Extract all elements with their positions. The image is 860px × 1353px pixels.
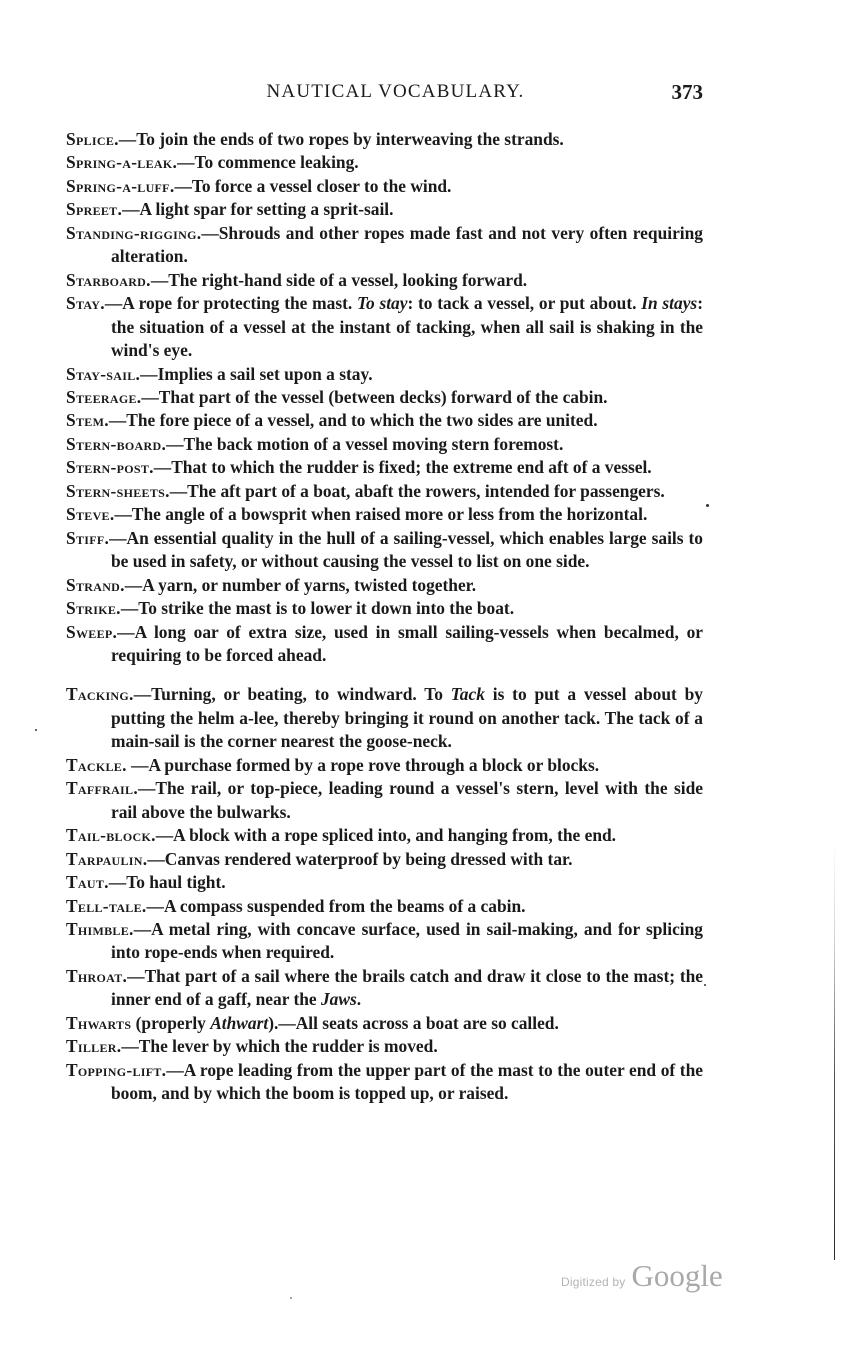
- google-logo-text: Google: [631, 1258, 722, 1293]
- scan-speck: [704, 984, 706, 986]
- headword: Sweep.: [66, 622, 117, 642]
- headword: Stiff.: [66, 528, 109, 548]
- entry-steve: Steve.—The angle of a bowsprit when rais…: [66, 503, 703, 526]
- definition: : to tack a vessel, or put about.: [407, 293, 641, 313]
- headword: Throat.: [66, 966, 127, 986]
- definition: —The fore piece of a vessel, and to whic…: [109, 410, 598, 430]
- italic-term: To stay: [357, 293, 407, 313]
- italic-term: Athwart: [210, 1013, 268, 1033]
- entry-starboard: Starboard.—The right-hand side of a vess…: [66, 269, 703, 292]
- definition: —A metal ring, with concave surface, use…: [111, 919, 703, 962]
- definition: —The angle of a bowsprit when raised mor…: [115, 504, 648, 524]
- headword: Topping-lift.: [66, 1060, 166, 1080]
- entry-taffrail: Taffrail.—The rail, or top-piece, leadin…: [66, 777, 703, 824]
- definition: —To join the ends of two ropes by interw…: [119, 129, 564, 149]
- definition: —To commence leaking.: [177, 152, 358, 172]
- entry-stem: Stem.—The fore piece of a vessel, and to…: [66, 409, 703, 432]
- definition: —That part of the vessel (between decks)…: [141, 387, 607, 407]
- headword: Stay.: [66, 293, 105, 313]
- headword: Tacking.: [66, 684, 134, 704]
- definition: —Implies a sail set upon a stay.: [140, 364, 372, 384]
- definition: —An essential quality in the hull of a s…: [109, 528, 703, 571]
- definition: (properly: [131, 1013, 210, 1033]
- scan-speck: [290, 1297, 292, 1299]
- definition: —Turning, or beating, to windward. To: [134, 684, 451, 704]
- headword: Spring-a-luff.: [66, 176, 174, 196]
- entry-stern-post: Stern-post.—That to which the rudder is …: [66, 456, 703, 479]
- entry-spring-a-leak: Spring-a-leak.—To commence leaking.: [66, 151, 703, 174]
- entry-tell-tale: Tell-tale.—A compass suspended from the …: [66, 895, 703, 918]
- definition: —To strike the mast is to lower it down …: [121, 598, 514, 618]
- headword: Stern-post.: [66, 457, 154, 477]
- definition: .: [357, 989, 361, 1009]
- headword: Steve.: [66, 504, 115, 524]
- entry-stiff: Stiff.—An essential quality in the hull …: [66, 527, 703, 574]
- definition: —A long oar of extra size, used in small…: [111, 622, 703, 665]
- scan-edge-line: [834, 840, 835, 1260]
- definition: —That part of a sail where the brails ca…: [111, 966, 703, 1009]
- headword: Taffrail.: [66, 778, 138, 798]
- headword: Tiller.: [66, 1036, 121, 1056]
- entry-stay: Stay.—A rope for protecting the mast. To…: [66, 292, 703, 362]
- headword: Tail-block.: [66, 825, 156, 845]
- headword: Taut.: [66, 872, 109, 892]
- entry-spring-a-luff: Spring-a-luff.—To force a vessel closer …: [66, 175, 703, 198]
- headword: Spring-a-leak.: [66, 152, 177, 172]
- italic-term: Tack: [451, 684, 485, 704]
- definition: —A purchase formed by a rope rove throug…: [127, 755, 599, 775]
- headword: Starboard.: [66, 270, 151, 290]
- headword: Strand.: [66, 575, 125, 595]
- entry-topping-lift: Topping-lift.—A rope leading from the up…: [66, 1059, 703, 1106]
- headword: Stern-board.: [66, 434, 166, 454]
- scan-speck: [706, 504, 709, 507]
- italic-term: Jaws: [321, 989, 357, 1009]
- entry-tacking: Tacking.—Turning, or beating, to windwar…: [66, 683, 703, 753]
- definition: ).—All seats across a boat are so called…: [268, 1013, 559, 1033]
- entry-strand: Strand.—A yarn, or number of yarns, twis…: [66, 574, 703, 597]
- headword: Tackle.: [66, 755, 127, 775]
- definition: —The aft part of a boat, abaft the rower…: [170, 481, 665, 501]
- headword: Stern-sheets.: [66, 481, 170, 501]
- entry-strike: Strike.—To strike the mast is to lower i…: [66, 597, 703, 620]
- definition: —A rope for protecting the mast.: [105, 293, 357, 313]
- scan-speck: [35, 729, 37, 731]
- running-head: NAUTICAL VOCABULARY. 373: [66, 80, 703, 106]
- running-title: NAUTICAL VOCABULARY.: [66, 81, 703, 103]
- entry-splice: Splice.—To join the ends of two ropes by…: [66, 128, 703, 151]
- definition: —The back motion of a vessel moving ster…: [166, 434, 563, 454]
- headword: Strike.: [66, 598, 121, 618]
- page-number: 373: [672, 80, 704, 105]
- headword: Splice.: [66, 129, 119, 149]
- headword: Steerage.: [66, 387, 141, 407]
- definition: —A compass suspended from the beams of a…: [147, 896, 526, 916]
- entry-tackle: Tackle. —A purchase formed by a rope rov…: [66, 754, 703, 777]
- definition: —The right-hand side of a vessel, lookin…: [151, 270, 527, 290]
- headword: Thimble.: [66, 919, 134, 939]
- definition: —A rope leading from the upper part of t…: [111, 1060, 703, 1103]
- definition: —Canvas rendered waterproof by being dre…: [147, 849, 572, 869]
- headword: Tell-tale.: [66, 896, 147, 916]
- definition: —That to which the rudder is fixed; the …: [154, 457, 652, 477]
- entry-stay-sail: Stay-sail.—Implies a sail set upon a sta…: [66, 363, 703, 386]
- entry-stern-sheets: Stern-sheets.—The aft part of a boat, ab…: [66, 480, 703, 503]
- definition: —A light spar for setting a sprit-sail.: [122, 199, 393, 219]
- headword: Thwarts: [66, 1013, 131, 1033]
- vocabulary-entries: Splice.—To join the ends of two ropes by…: [66, 128, 703, 1106]
- entry-standing-rigging: Standing-rigging.—Shrouds and other rope…: [66, 222, 703, 269]
- entry-thimble: Thimble.—A metal ring, with concave surf…: [66, 918, 703, 965]
- definition: —The lever by which the rudder is moved.: [121, 1036, 437, 1056]
- entry-tarpaulin: Tarpaulin.—Canvas rendered waterproof by…: [66, 848, 703, 871]
- entry-stern-board: Stern-board.—The back motion of a vessel…: [66, 433, 703, 456]
- definition: —To force a vessel closer to the wind.: [174, 176, 451, 196]
- definition: —To haul tight.: [109, 872, 226, 892]
- entry-sweep: Sweep.—A long oar of extra size, used in…: [66, 621, 703, 668]
- entry-spreet: Spreet.—A light spar for setting a sprit…: [66, 198, 703, 221]
- entry-tail-block: Tail-block.—A block with a rope spliced …: [66, 824, 703, 847]
- headword: Spreet.: [66, 199, 122, 219]
- headword: Stem.: [66, 410, 109, 430]
- definition: —A block with a rope spliced into, and h…: [156, 825, 616, 845]
- digitized-watermark: Digitized by Google: [561, 1258, 723, 1294]
- entry-taut: Taut.—To haul tight.: [66, 871, 703, 894]
- definition: —A yarn, or number of yarns, twisted tog…: [125, 575, 476, 595]
- definition: —The rail, or top-piece, leading round a…: [111, 778, 703, 821]
- italic-term: In stays: [641, 293, 697, 313]
- entry-thwarts: Thwarts (properly Athwart).—All seats ac…: [66, 1012, 703, 1035]
- entry-throat: Throat.—That part of a sail where the br…: [66, 965, 703, 1012]
- entry-tiller: Tiller.—The lever by which the rudder is…: [66, 1035, 703, 1058]
- headword: Stay-sail.: [66, 364, 140, 384]
- headword: Tarpaulin.: [66, 849, 147, 869]
- headword: Standing-rigging.: [66, 223, 201, 243]
- entry-steerage: Steerage.—That part of the vessel (betwe…: [66, 386, 703, 409]
- watermark-prefix: Digitized by: [561, 1275, 625, 1289]
